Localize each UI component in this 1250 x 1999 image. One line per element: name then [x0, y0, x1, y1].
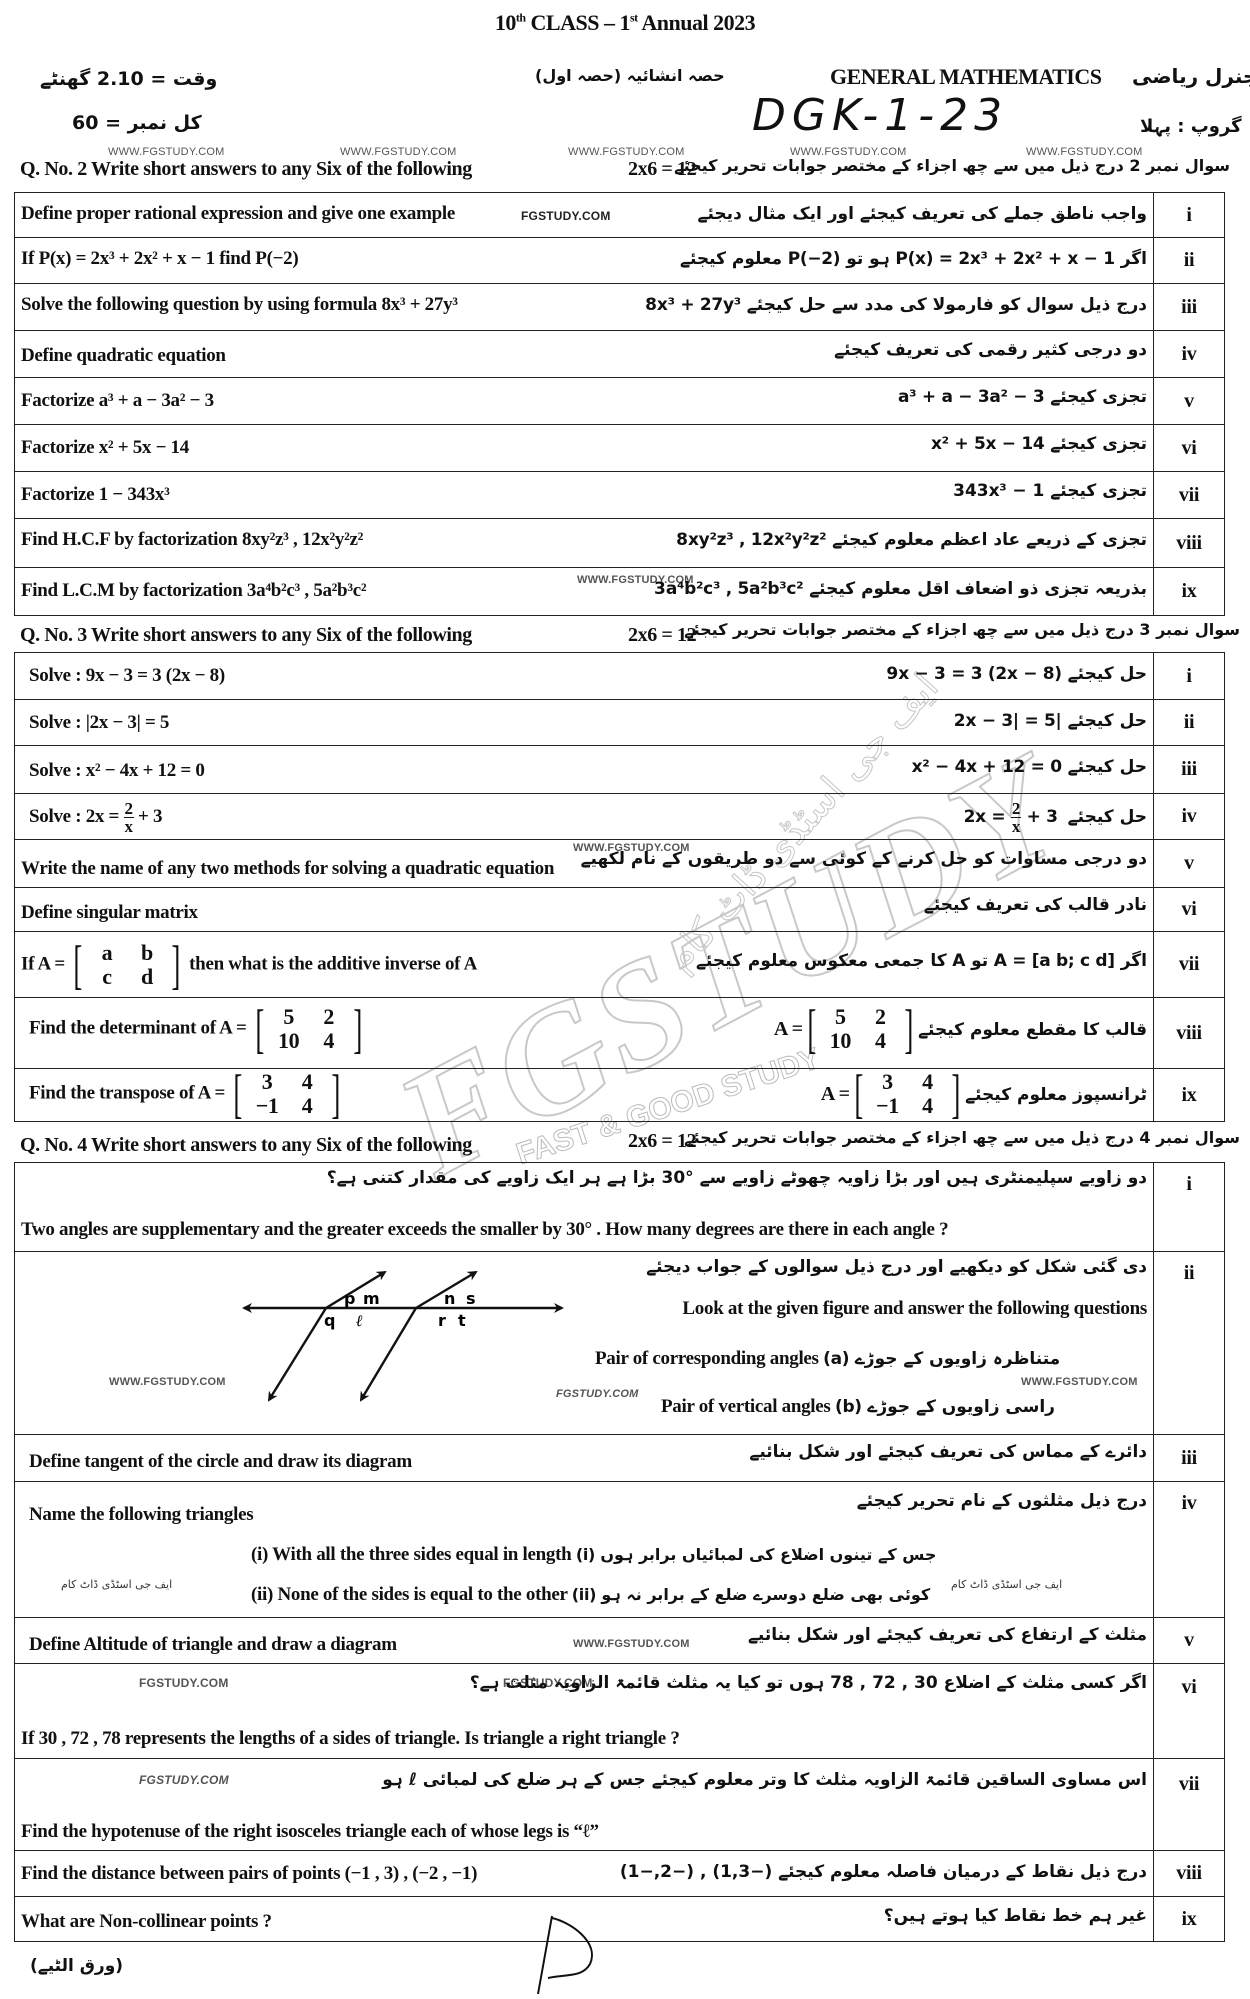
- q4-i-ur: دو زاویے سپلیمنٹری ہیں اور بڑا زاویہ چھو…: [327, 1167, 1147, 1188]
- q2-row-iii: Solve the following question by using fo…: [15, 284, 1225, 331]
- watermark-url: WWW.FGSTUDY.COM: [108, 146, 224, 158]
- matrix-cell: 2: [860, 1005, 900, 1029]
- q3-viii-num: viii: [1154, 998, 1225, 1069]
- q3-vi-en: Define singular matrix: [21, 902, 198, 924]
- q3-iii-num: iii: [1154, 746, 1225, 794]
- turn-over-label: (ورق الٹیے): [30, 1955, 123, 1976]
- q2-ii-num: ii: [1154, 238, 1225, 284]
- q2-v-num: v: [1154, 378, 1225, 425]
- q4-heading-urdu: سوال نمبر 4 درج ذیل میں سے چھ اجزاء کے م…: [770, 1128, 1240, 1147]
- q4-iii-en: Define tangent of the circle and draw it…: [29, 1451, 412, 1473]
- matrix-cell: 4: [860, 1029, 900, 1053]
- q2-v-ur: تجزی کیجئے a³ + a − 3a² − 3: [898, 386, 1147, 407]
- q4-ii-b-en: Pair of vertical angles: [661, 1396, 831, 1417]
- handwritten-code: DGK-1-23: [752, 90, 1008, 141]
- q4-i-num: i: [1154, 1163, 1225, 1252]
- q3-iv-en: Solve : 2x = 2x + 3: [29, 800, 162, 835]
- watermark-short: FGSTUDY.COM: [556, 1388, 638, 1400]
- q2-iii-en: Solve the following question by using fo…: [21, 294, 458, 316]
- watermark-url: WWW.FGSTUDY.COM: [568, 146, 684, 158]
- q3-viii-en-lhs: Find the determinant of A =: [29, 1017, 247, 1038]
- q4-row-ix: What are Non-collinear points ?غیر ہم خط…: [15, 1897, 1225, 1942]
- q3-i-en: Solve : 9x − 3 = 3 (2x − 8): [29, 665, 225, 687]
- matrix-cell: c: [87, 965, 127, 989]
- q4-vi-num: vi: [1154, 1664, 1225, 1759]
- angle-label-r: r: [438, 1311, 446, 1330]
- watermark-short: FGSTUDY.COM: [139, 1676, 229, 1690]
- fraction-denominator: x: [124, 818, 132, 835]
- subject-urdu: جنرل ریاضی: [1132, 64, 1250, 88]
- q3-row-vi: Define singular matrixنادر قالب کی تعریف…: [15, 888, 1225, 932]
- q2-vi-ur: تجزی کیجئے x² + 5x − 14: [931, 433, 1147, 454]
- q4-row-vii: FGSTUDY.COM اس مساوی الساقین قائمۃ الزاو…: [15, 1759, 1225, 1851]
- matrix-cell: a: [87, 941, 127, 965]
- q2-row-vii: Factorize 1 − 343x³تجزی کیجئے 1 − 343x³ …: [15, 472, 1225, 519]
- q2-ii-ur: اگر P(x) = 2x³ + 2x² + x − 1 ہو تو P(−2)…: [680, 248, 1147, 269]
- q2-row-ix: Find L.C.M by factorization 3a⁴b²c³ , 5a…: [15, 568, 1225, 616]
- matrix-cell: 3: [247, 1070, 287, 1094]
- q3-iv-ur: 2x = 2x + 3حل کیجئے: [964, 800, 1147, 835]
- fraction-denominator: x: [1012, 818, 1020, 835]
- q4-iv-num: iv: [1154, 1482, 1225, 1618]
- angle-label-l: ℓ: [355, 1311, 363, 1330]
- q4-v-num: v: [1154, 1618, 1225, 1664]
- q4-ix-ur: غیر ہم خط نقاط کیا ہوتے ہیں؟: [884, 1905, 1147, 1926]
- watermark-short: FGSTUDY.COM: [139, 1773, 229, 1787]
- fraction: 2x: [124, 800, 134, 835]
- q4-vi-en: If 30 , 72 , 78 represents the lengths o…: [21, 1728, 680, 1750]
- matrix-cell: 4: [287, 1070, 327, 1094]
- matrix-label: A =: [774, 1018, 803, 1041]
- q4-row-iv: Name the following triangles درج ذیل مثل…: [15, 1482, 1225, 1618]
- q3-ii-ur: حل کیجئے |2x − 3| = 5: [954, 710, 1147, 731]
- q3-ii-num: ii: [1154, 700, 1225, 746]
- fraction-numerator: 2: [1012, 800, 1020, 817]
- q2-row-i: Define proper rational expression and gi…: [15, 193, 1225, 238]
- q2-iv-en: Define quadratic equation: [21, 345, 226, 367]
- q2-vii-en: Factorize 1 − 343x³: [21, 484, 170, 506]
- q3-row-v: Write the name of any two methods for so…: [15, 840, 1225, 888]
- q4-iv-sub2: (ii) None of the sides is equal to the o…: [251, 1584, 930, 1606]
- angle-label-p: p: [344, 1289, 355, 1308]
- q3-i-num: i: [1154, 653, 1225, 700]
- q3-vii-en-lhs: If A =: [21, 953, 65, 974]
- q3-row-viii: Find the determinant of A = [52104] A = …: [15, 998, 1225, 1069]
- matrix-cell: 4: [907, 1094, 947, 1118]
- q3-row-ii: Solve : |2x − 3| = 5حل کیجئے |2x − 3| = …: [15, 700, 1225, 746]
- q4-vi-ur: اگر کسی مثلث کے اضلاع 30 , 72 , 78 ہوں ت…: [470, 1672, 1147, 1693]
- matrix-a: [34−14]: [229, 1067, 344, 1121]
- q4-vii-num: vii: [1154, 1759, 1225, 1851]
- q4-row-i: دو زاویے سپلیمنٹری ہیں اور بڑا زاویہ چھو…: [15, 1163, 1225, 1252]
- q4-row-vi: FGSTUDY.COM FGSTUDY.COM اگر کسی مثلث کے …: [15, 1664, 1225, 1759]
- angle-label-s: s: [466, 1289, 475, 1308]
- q2-row-vi: Factorize x² + 5x − 14تجزی کیجئے x² + 5x…: [15, 425, 1225, 472]
- q3-iii-ur: حل کیجئے x² − 4x + 12 = 0: [912, 756, 1147, 777]
- q2-i-num: i: [1154, 193, 1225, 238]
- q3-row-iv: Solve : 2x = 2x + 3 2x = 2x + 3حل کیجئے …: [15, 794, 1225, 840]
- q2-ii-en: If P(x) = 2x³ + 2x² + x − 1 find P(−2): [21, 248, 298, 270]
- watermark-url: WWW.FGSTUDY.COM: [340, 146, 456, 158]
- q3-viii-ur-text: قالب کا مقطع معلوم کیجئے: [918, 1019, 1147, 1040]
- q4-ii-a: Pair of corresponding angles (a) متناظرہ…: [595, 1348, 1060, 1370]
- q2-vi-num: vi: [1154, 425, 1225, 472]
- matrix-cell: −1: [247, 1094, 287, 1118]
- q3-ix-num: ix: [1154, 1069, 1225, 1122]
- urdu-watermark-small: ایف جی اسٹڈی ڈاٹ کام: [61, 1578, 172, 1591]
- q2-i-en: Define proper rational expression and gi…: [21, 203, 455, 225]
- q2-row-iv: Define quadratic equationدو درجی کثیر رق…: [15, 331, 1225, 378]
- q4-iv-sub2-ur: (ii) کوئی بھی ضلع دوسرے ضلع کے برابر نہ …: [572, 1585, 930, 1604]
- q2-ix-ur: بذریعہ تجزی ذو اضعاف اقل معلوم کیجئے 3a⁴…: [654, 578, 1147, 599]
- q2-viii-ur: تجزی کے ذریعے عاد اعظم معلوم کیجئے 8xy²z…: [676, 529, 1147, 550]
- q3-row-i: Solve : 9x − 3 = 3 (2x − 8)حل کیجئے 9x −…: [15, 653, 1225, 700]
- q4-i-en: Two angles are supplementary and the gre…: [21, 1219, 948, 1241]
- q2-row-ii: If P(x) = 2x³ + 2x² + x − 1 find P(−2)اگ…: [15, 238, 1225, 284]
- q4-viii-num: viii: [1154, 1851, 1225, 1897]
- q2-table: Define proper rational expression and gi…: [14, 192, 1225, 616]
- matrix-cell: b: [127, 941, 167, 965]
- matrix-a: [52104]: [803, 1002, 918, 1056]
- q2-i-ur: واجب ناطق جملے کی تعریف کیجئے اور ایک مث…: [698, 203, 1147, 224]
- matrix-cell: −1: [867, 1094, 907, 1118]
- matrix-cell: 5: [820, 1005, 860, 1029]
- q3-ix-en: Find the transpose of A = [34−14]: [29, 1067, 345, 1121]
- q3-table: Solve : 9x − 3 = 3 (2x − 8)حل کیجئے 9x −…: [14, 652, 1225, 1122]
- q4-iv-sub1-en: (i) With all the three sides equal in le…: [251, 1544, 571, 1565]
- urdu-watermark-small: ایف جی اسٹڈی ڈاٹ کام: [951, 1578, 1062, 1591]
- q4-row-iii: Define tangent of the circle and draw it…: [15, 1435, 1225, 1482]
- q2-viii-en: Find H.C.F by factorization 8xy²z³ , 12x…: [21, 529, 363, 551]
- q3-vii-en-rhs: then what is the additive inverse of A: [189, 953, 477, 974]
- q3-vi-ur: نادر قالب کی تعریف کیجئے: [924, 894, 1147, 915]
- q4-vii-en: Find the hypotenuse of the right isoscel…: [21, 1821, 599, 1843]
- q3-v-num: v: [1154, 840, 1225, 888]
- watermark-url: WWW.FGSTUDY.COM: [109, 1376, 226, 1388]
- q4-iv-en: Name the following triangles: [29, 1504, 253, 1526]
- group-label: گروپ : پہلا: [1140, 116, 1242, 137]
- watermark-url: WWW.FGSTUDY.COM: [573, 1638, 690, 1650]
- matrix-a: [52104]: [251, 1002, 366, 1056]
- q3-iv-ur-lhs: 2x =: [964, 807, 1011, 827]
- q3-i-ur: حل کیجئے 9x − 3 = 3 (2x − 8): [886, 663, 1147, 684]
- q4-ii-en: Look at the given figure and answer the …: [682, 1298, 1147, 1320]
- q2-iv-ur: دو درجی کثیر رقمی کی تعریف کیجئے: [834, 339, 1147, 360]
- q4-viii-ur: درج ذیل نقاط کے درمیان فاصلہ معلوم کیجئے…: [620, 1861, 1147, 1882]
- q3-row-vii: If A = [abcd] then what is the additive …: [15, 932, 1225, 998]
- q4-ii-b-ur: (b) راسی زاویوں کے جوڑے: [835, 1397, 1055, 1417]
- q4-row-viii: Find the distance between pairs of point…: [15, 1851, 1225, 1897]
- q3-iv-en-rhs: + 3: [134, 806, 163, 827]
- q3-iv-ur-rhs: + 3: [1021, 807, 1058, 827]
- q4-iii-ur: دائرے کے مماس کی تعریف کیجئے اور شکل بنا…: [749, 1441, 1147, 1462]
- q3-v-en: Write the name of any two methods for so…: [21, 858, 554, 880]
- angle-label-m: m: [363, 1289, 379, 1308]
- q4-iv-sub2-en: (ii) None of the sides is equal to the o…: [251, 1584, 567, 1605]
- q2-ix-num: ix: [1154, 568, 1225, 616]
- q2-vi-en: Factorize x² + 5x − 14: [21, 437, 189, 459]
- q4-viii-en: Find the distance between pairs of point…: [21, 1863, 477, 1885]
- q4-iv-ur: درج ذیل مثلثوں کے نام تحریر کیجئے: [857, 1490, 1147, 1511]
- handwritten-mark: [530, 1912, 610, 1998]
- matrix-cell: 4: [309, 1029, 349, 1053]
- angle-label-n: n: [444, 1289, 455, 1308]
- q4-ii-num: ii: [1154, 1252, 1225, 1435]
- q4-iv-sub1-ur: (i) جس کے تینوں اضلاع کی لمبائیاں برابر …: [576, 1545, 937, 1564]
- q2-iv-num: iv: [1154, 331, 1225, 378]
- fraction-numerator: 2: [124, 800, 132, 817]
- q3-vii-ur: اگر A = [a b; c d] تو A کا جمعی معکوس مع…: [696, 950, 1147, 971]
- time-allowed: وقت = 2.10 گھنٹے: [40, 68, 217, 90]
- matrix-a: [abcd]: [69, 938, 184, 992]
- part-label: حصہ انشائیہ (حصہ اول): [535, 66, 725, 85]
- matrix-cell: 4: [287, 1094, 327, 1118]
- matrix-cell: 10: [820, 1029, 860, 1053]
- q4-ii-ur: دی گئی شکل کو دیکھیے اور درج ذیل سوالوں …: [646, 1256, 1147, 1277]
- q4-ii-a-en: Pair of corresponding angles: [595, 1348, 819, 1369]
- q4-ix-num: ix: [1154, 1897, 1225, 1942]
- q3-heading-urdu: سوال نمبر 3 درج ذیل میں سے چھ اجزاء کے م…: [770, 620, 1240, 639]
- q3-viii-en: Find the determinant of A = [52104]: [29, 1002, 366, 1056]
- q4-row-v: Define Altitude of triangle and draw a d…: [15, 1618, 1225, 1664]
- q4-v-en: Define Altitude of triangle and draw a d…: [29, 1634, 397, 1656]
- q2-heading: Q. No. 2 Write short answers to any Six …: [20, 158, 472, 181]
- total-marks: کل نمبر = 60: [72, 112, 202, 134]
- q2-v-en: Factorize a³ + a − 3a² − 3: [21, 390, 214, 412]
- subject-english: GENERAL MATHEMATICS: [830, 64, 1101, 90]
- matrix-cell: 2: [309, 1005, 349, 1029]
- q3-viii-ur: A = [52104] قالب کا مقطع معلوم کیجئے: [774, 1002, 1147, 1056]
- q4-heading: Q. No. 4 Write short answers to any Six …: [20, 1134, 472, 1157]
- paper-title: 10th CLASS – 1st Annual 2023: [0, 10, 1250, 36]
- q2-row-viii: Find H.C.F by factorization 8xy²z³ , 12x…: [15, 519, 1225, 568]
- q2-vii-num: vii: [1154, 472, 1225, 519]
- q4-ii-b: Pair of vertical angles (b) راسی زاویوں …: [661, 1396, 1055, 1418]
- q3-ix-ur-text: ٹرانسپوز معلوم کیجئے: [965, 1084, 1147, 1105]
- q2-vii-ur: تجزی کیجئے 1 − 343x³: [953, 480, 1147, 501]
- q4-v-ur: مثلث کے ارتفاع کی تعریف کیجئے اور شکل بن…: [748, 1624, 1147, 1645]
- q3-ix-en-lhs: Find the transpose of A =: [29, 1082, 225, 1103]
- q3-heading: Q. No. 3 Write short answers to any Six …: [20, 624, 472, 647]
- q4-iv-sub1: (i) With all the three sides equal in le…: [251, 1544, 936, 1566]
- fraction: 2x: [1011, 800, 1021, 835]
- parallel-lines-figure: p m q ℓ n s r t: [226, 1260, 586, 1410]
- q3-ii-en: Solve : |2x − 3| = 5: [29, 712, 169, 734]
- q3-vii-en: If A = [abcd] then what is the additive …: [21, 938, 477, 992]
- q4-table: دو زاویے سپلیمنٹری ہیں اور بڑا زاویہ چھو…: [14, 1162, 1225, 1942]
- q4-vii-ur: اس مساوی الساقین قائمۃ الزاویہ مثلث کا و…: [382, 1769, 1147, 1790]
- watermark-short: FGSTUDY.COM: [521, 209, 611, 223]
- q4-iii-num: iii: [1154, 1435, 1225, 1482]
- q3-row-iii: Solve : x² − 4x + 12 = 0حل کیجئے x² − 4x…: [15, 746, 1225, 794]
- matrix-cell: 5: [269, 1005, 309, 1029]
- q3-iv-en-lhs: Solve : 2x =: [29, 806, 124, 827]
- q2-iii-num: iii: [1154, 284, 1225, 331]
- angle-label-t: t: [458, 1311, 466, 1330]
- q2-ix-en: Find L.C.M by factorization 3a⁴b²c³ , 5a…: [21, 580, 366, 602]
- q2-viii-num: viii: [1154, 519, 1225, 568]
- q3-iii-en: Solve : x² − 4x + 12 = 0: [29, 760, 205, 782]
- q3-iv-ur-label: حل کیجئے: [1068, 807, 1147, 827]
- q3-vi-num: vi: [1154, 888, 1225, 932]
- q3-ix-ur: A = [34−14] ٹرانسپوز معلوم کیجئے: [821, 1067, 1147, 1121]
- q4-ix-en: What are Non-collinear points ?: [21, 1911, 272, 1933]
- q4-row-ii: p m q ℓ n s r t WWW.FGSTUDY.COM FGSTUDY.…: [15, 1252, 1225, 1435]
- q2-heading-urdu: سوال نمبر 2 درج ذیل میں سے چھ اجزاء کے م…: [770, 156, 1230, 175]
- matrix-cell: 10: [269, 1029, 309, 1053]
- q3-iv-num: iv: [1154, 794, 1225, 840]
- watermark-url: WWW.FGSTUDY.COM: [1021, 1376, 1138, 1388]
- matrix-cell: 3: [867, 1070, 907, 1094]
- q2-iii-ur: درج ذیل سوال کو فارمولا کی مدد سے حل کیج…: [645, 294, 1147, 315]
- matrix-cell: d: [127, 965, 167, 989]
- q3-row-ix: Find the transpose of A = [34−14] A = [3…: [15, 1069, 1225, 1122]
- q3-v-ur: دو درجی مساوات کو حل کرنے کے کوئی سے دو …: [581, 848, 1147, 869]
- matrix-cell: 4: [907, 1070, 947, 1094]
- angle-label-q: q: [324, 1311, 335, 1330]
- q2-row-v: Factorize a³ + a − 3a² − 3تجزی کیجئے a³ …: [15, 378, 1225, 425]
- matrix-a: [34−14]: [850, 1067, 965, 1121]
- matrix-label: A =: [821, 1083, 850, 1106]
- q4-ii-a-ur: (a) متناظرہ زاویوں کے جوڑے: [823, 1349, 1060, 1369]
- q3-vii-num: vii: [1154, 932, 1225, 998]
